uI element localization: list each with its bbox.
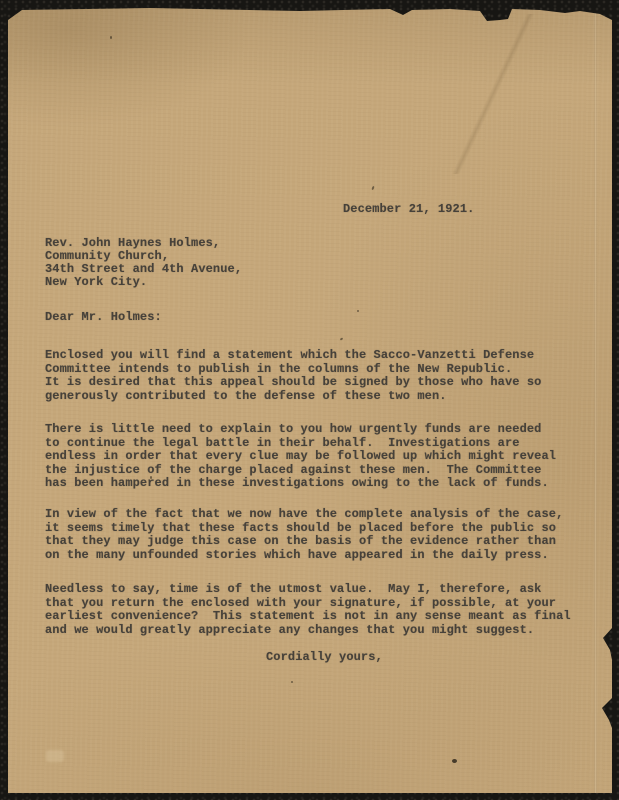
- body-paragraph-2: There is little need to explain to you h…: [45, 423, 556, 491]
- paper-fleck: [371, 186, 374, 190]
- paper-fleck: [452, 759, 457, 763]
- closing-line: Cordially yours,: [266, 651, 383, 665]
- paper-fleck: [357, 310, 359, 312]
- diagonal-crease: [428, 14, 558, 174]
- paper-abrasion: [46, 750, 64, 762]
- photo-background: { "document": { "kind": "typewritten-let…: [0, 0, 619, 800]
- salutation: Dear Mr. Holmes:: [45, 311, 162, 325]
- body-paragraph-3: In view of the fact that we now have the…: [45, 508, 563, 562]
- body-paragraph-1: Enclosed you will find a statement which…: [45, 349, 541, 403]
- body-paragraph-4: Needless to say, time is of the utmost v…: [45, 583, 571, 637]
- letter-date: December 21, 1921.: [343, 203, 474, 217]
- paper-fleck: [110, 36, 112, 39]
- paper-fleck: [340, 337, 344, 340]
- paper-fleck: [291, 681, 293, 683]
- recipient-address: Rev. John Haynes Holmes, Community Churc…: [45, 237, 242, 289]
- letter-paper: December 21, 1921. Rev. John Haynes Holm…: [8, 6, 612, 793]
- vertical-fold-crease: [594, 6, 597, 793]
